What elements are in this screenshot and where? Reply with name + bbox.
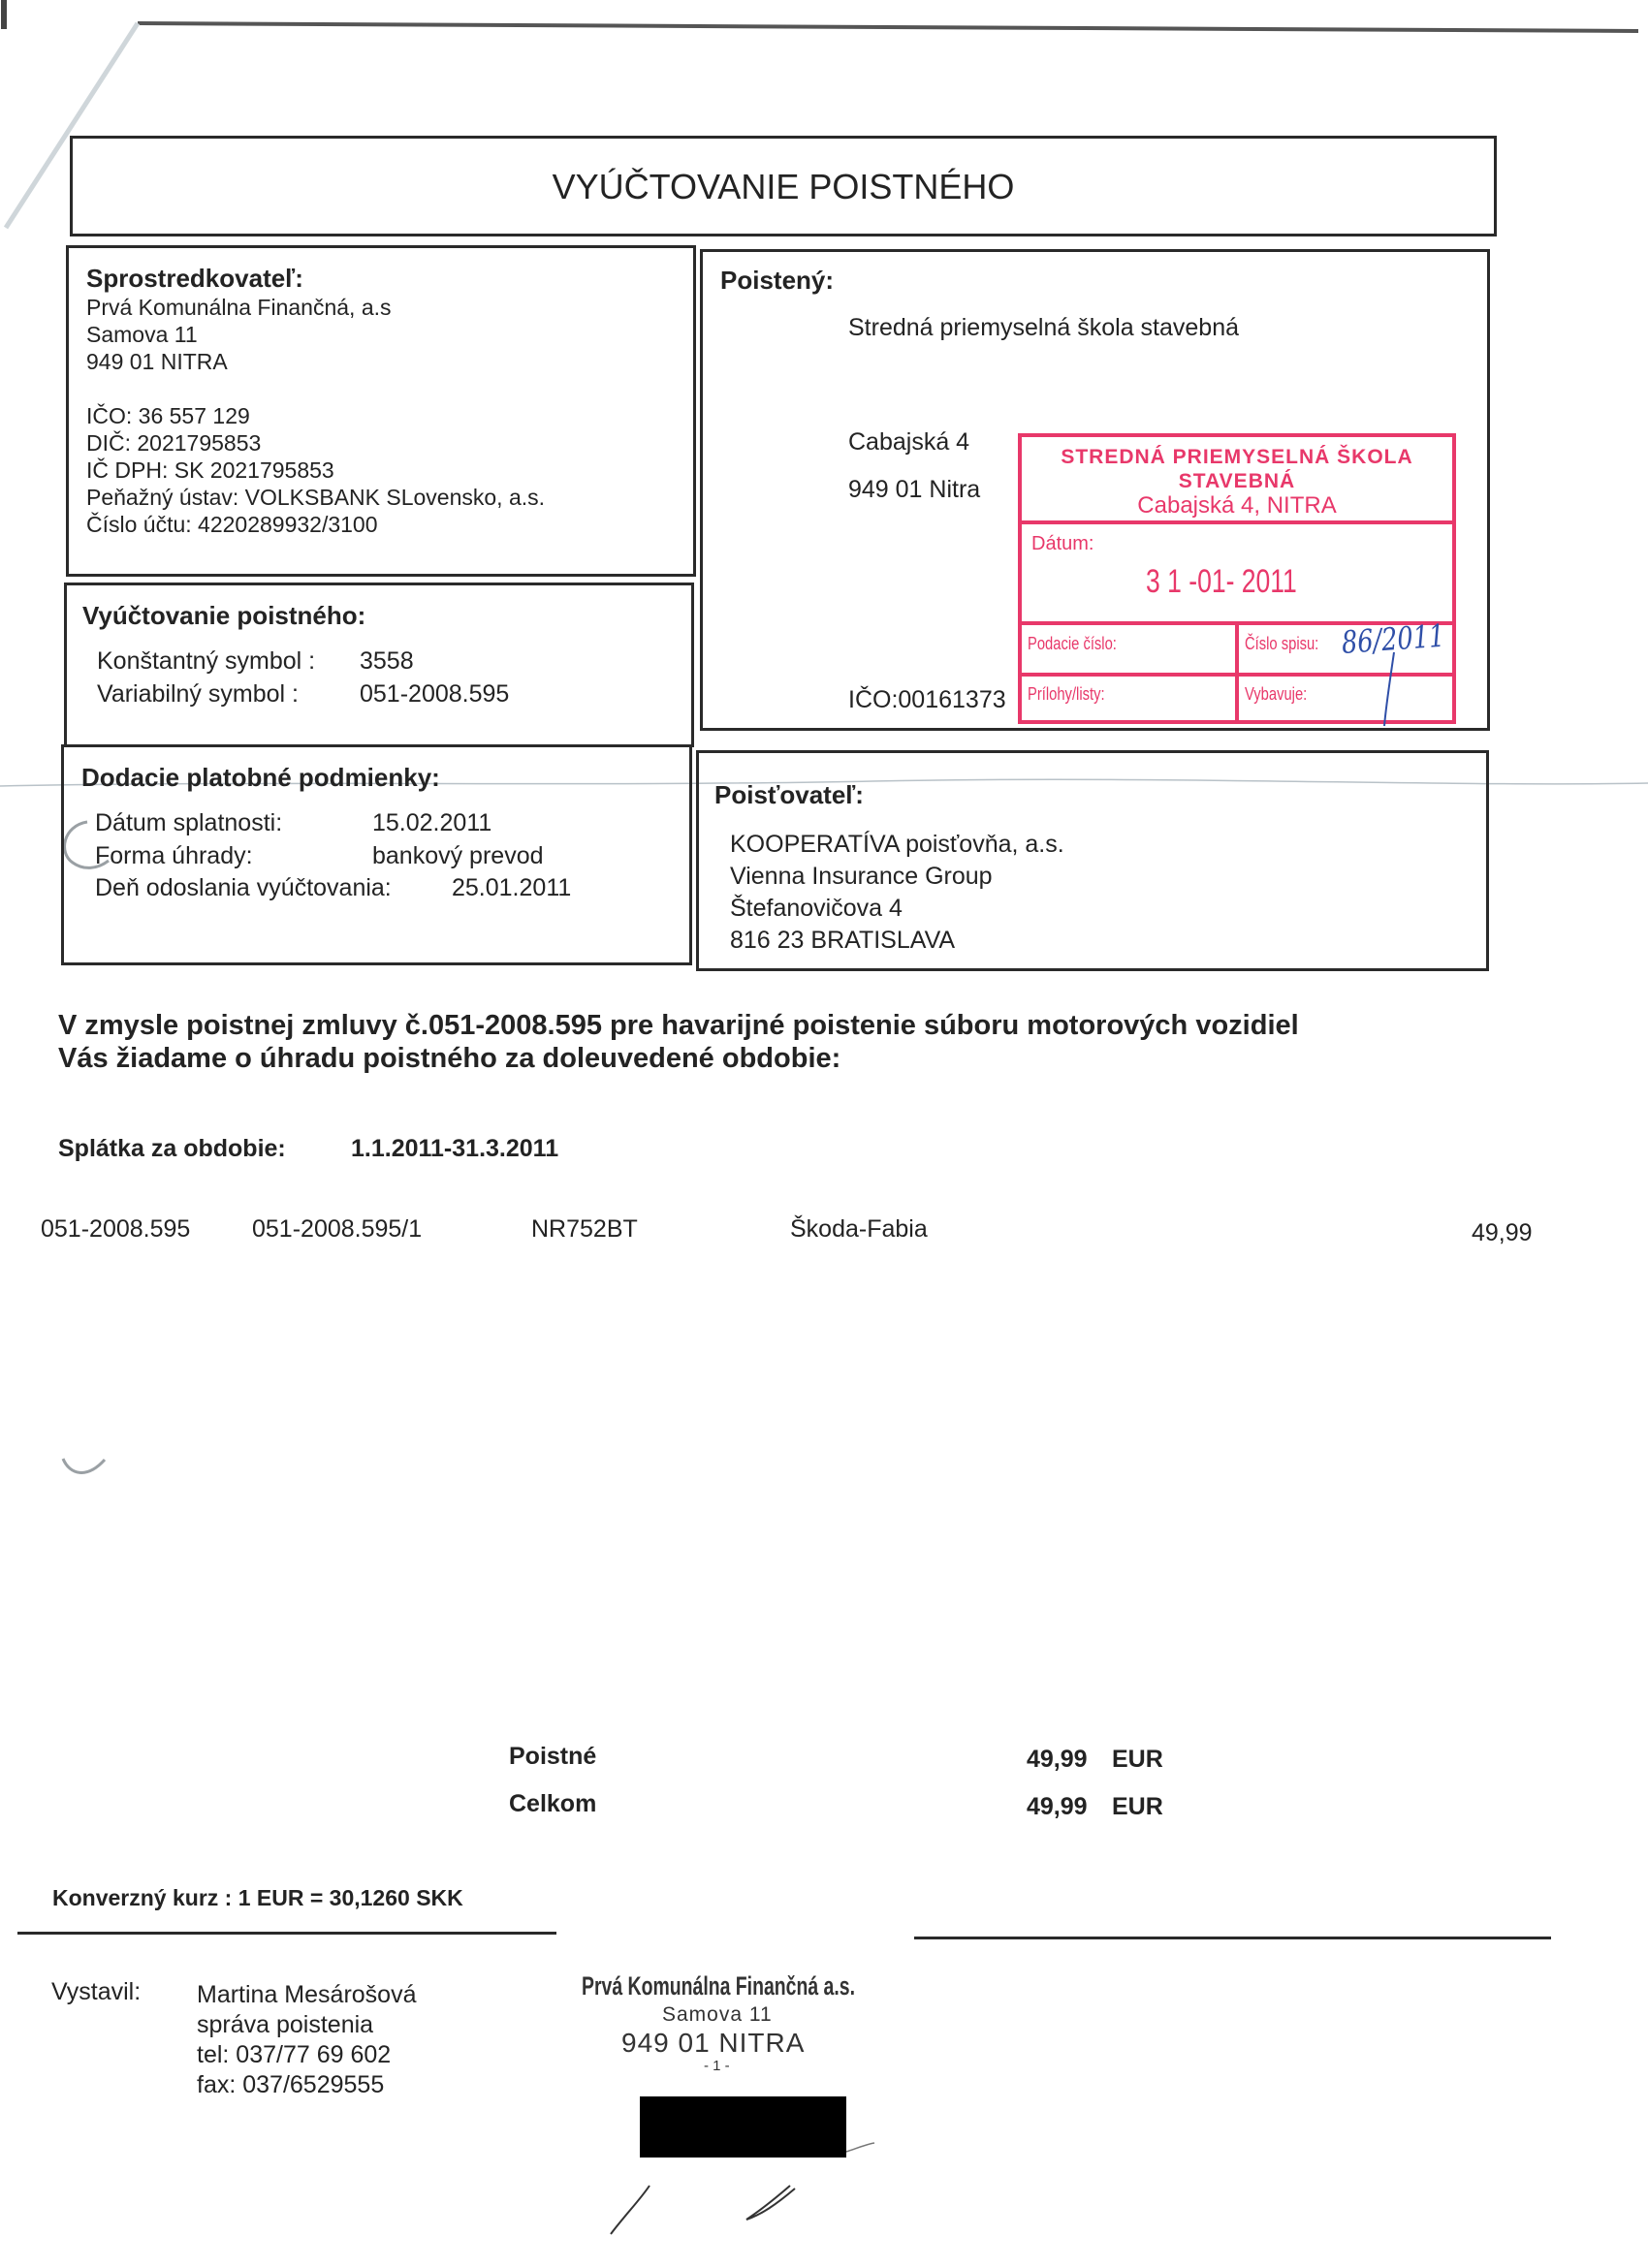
item-contract: 051-2008.595 [41, 1217, 190, 1242]
stamp-address: Cabajská 4, NITRA [1022, 494, 1452, 518]
sent-date-label: Deň odoslania vyúčtovania: [95, 876, 392, 900]
insured-heading: Poistený: [720, 268, 834, 293]
billing-box: Vyúčtovanie poistného: Konštantný symbol… [64, 583, 694, 747]
stamp-file-label: Číslo spisu: [1245, 635, 1318, 652]
item-subcontract: 051-2008.595/1 [252, 1217, 422, 1242]
intermediary-heading: Sprostredkovateľ: [86, 266, 303, 291]
issuer-name: Martina Mesárošová [197, 1983, 416, 2007]
stamp-attachments-label: Prílohy/listy: [1028, 685, 1105, 703]
total-currency: EUR [1112, 1795, 1163, 1819]
due-date-value: 15.02.2011 [372, 811, 491, 835]
payment-form-label: Forma úhrady: [95, 844, 253, 868]
installment-label: Splátka za obdobie: [58, 1137, 286, 1161]
stamp-school-name: STREDNÁ PRIEMYSELNÁ ŠKOLA [1022, 447, 1452, 467]
payment-terms-box: Dodacie platobné podmienky: Dátum splatn… [61, 744, 692, 965]
insurer-box: Poisťovateľ: KOOPERATÍVA poisťovňa, a.s.… [696, 750, 1489, 971]
total-label: Celkom [509, 1792, 596, 1816]
issuer-role: správa poistenia [197, 2013, 373, 2037]
insurer-line: KOOPERATÍVA poisťovňa, a.s. [730, 833, 1064, 857]
stamp-handler-label: Vybavuje: [1245, 685, 1307, 703]
variable-symbol-label: Variabilný symbol : [97, 682, 299, 707]
premium-label: Poistné [509, 1745, 596, 1769]
intermediary-line: Samova 11 [86, 324, 198, 346]
insured-ico: IČO:00161373 [848, 688, 1006, 712]
intermediary-line: IČO: 36 557 129 [86, 405, 250, 427]
due-date-label: Dátum splatnosti: [95, 811, 282, 835]
insurer-heading: Poisťovateľ: [714, 782, 864, 807]
conversion-rate: Konverzný kurz : 1 EUR = 30,1260 SKK [52, 1887, 463, 1909]
divider-right [914, 1937, 1551, 1939]
insurer-line: Štefanovičova 4 [730, 897, 903, 921]
insurer-line: Vienna Insurance Group [730, 865, 993, 889]
intermediary-line: Číslo účtu: 4220289932/3100 [86, 514, 378, 536]
item-amount: 49,99 [1472, 1221, 1533, 1245]
intermediary-line: Prvá Komunálna Finančná, a.s [86, 297, 392, 319]
intermediary-line: 949 01 NITRA [86, 351, 228, 373]
handwritten-stroke [1380, 650, 1400, 728]
payment-terms-heading: Dodacie platobné podmienky: [81, 765, 440, 790]
company-stamp-street: Samova 11 [662, 2004, 773, 2025]
payment-form-value: bankový prevod [372, 844, 544, 868]
company-stamp-name: Prvá Komunálna Finančná a.s. [582, 1973, 855, 2000]
premium-currency: EUR [1112, 1748, 1163, 1772]
issuer-fax: fax: 037/6529555 [197, 2073, 384, 2097]
intermediary-line: IČ DPH: SK 2021795853 [86, 459, 334, 482]
redaction-bar [640, 2096, 846, 2158]
premium-value: 49,99 [1027, 1748, 1088, 1772]
issuer-label: Vystavil: [51, 1980, 141, 2004]
stamp-school-type: STAVEBNÁ [1022, 471, 1452, 491]
request-line-1: V zmysle poistnej zmluvy č.051-2008.595 … [58, 1012, 1299, 1040]
installment-period: 1.1.2011-31.3.2011 [351, 1137, 558, 1161]
stamp-date: 3 1 -01- 2011 [1146, 565, 1297, 598]
total-value: 49,99 [1027, 1795, 1088, 1819]
request-line-2: Vás žiadame o úhradu poistného za doleuv… [58, 1045, 840, 1073]
intermediary-line: DIČ: 2021795853 [86, 432, 261, 455]
sent-date-value: 25.01.2011 [452, 876, 571, 900]
intermediary-line: Peňažný ústav: VOLKSBANK SLovensko, a.s. [86, 487, 545, 509]
constant-symbol-label: Konštantný symbol : [97, 649, 315, 674]
variable-symbol-value: 051-2008.595 [360, 682, 509, 707]
item-plate: NR752BT [531, 1217, 638, 1242]
issuer-tel: tel: 037/77 69 602 [197, 2043, 391, 2067]
intermediary-box: Sprostredkovateľ: Prvá Komunálna Finančn… [66, 245, 696, 577]
insured-name: Stredná priemyselná škola stavebná [848, 316, 1239, 340]
item-vehicle: Škoda-Fabia [790, 1217, 928, 1242]
page-title: VYÚČTOVANIE POISTNÉHO [73, 170, 1494, 205]
constant-symbol-value: 3558 [360, 649, 414, 674]
insurer-line: 816 23 BRATISLAVA [730, 929, 955, 953]
stamp-date-label: Dátum: [1031, 534, 1093, 553]
insured-city: 949 01 Nitra [848, 478, 980, 502]
divider-left [17, 1932, 556, 1935]
signature [562, 2064, 969, 2258]
stamp-filing-label: Podacie číslo: [1028, 635, 1117, 652]
registry-stamp: STREDNÁ PRIEMYSELNÁ ŠKOLA STAVEBNÁ Cabaj… [1018, 433, 1456, 724]
company-stamp-city: 949 01 NITRA [621, 2030, 805, 2057]
title-box: VYÚČTOVANIE POISTNÉHO [70, 136, 1497, 236]
billing-heading: Vyúčtovanie poistného: [82, 603, 365, 628]
insured-street: Cabajská 4 [848, 430, 969, 455]
